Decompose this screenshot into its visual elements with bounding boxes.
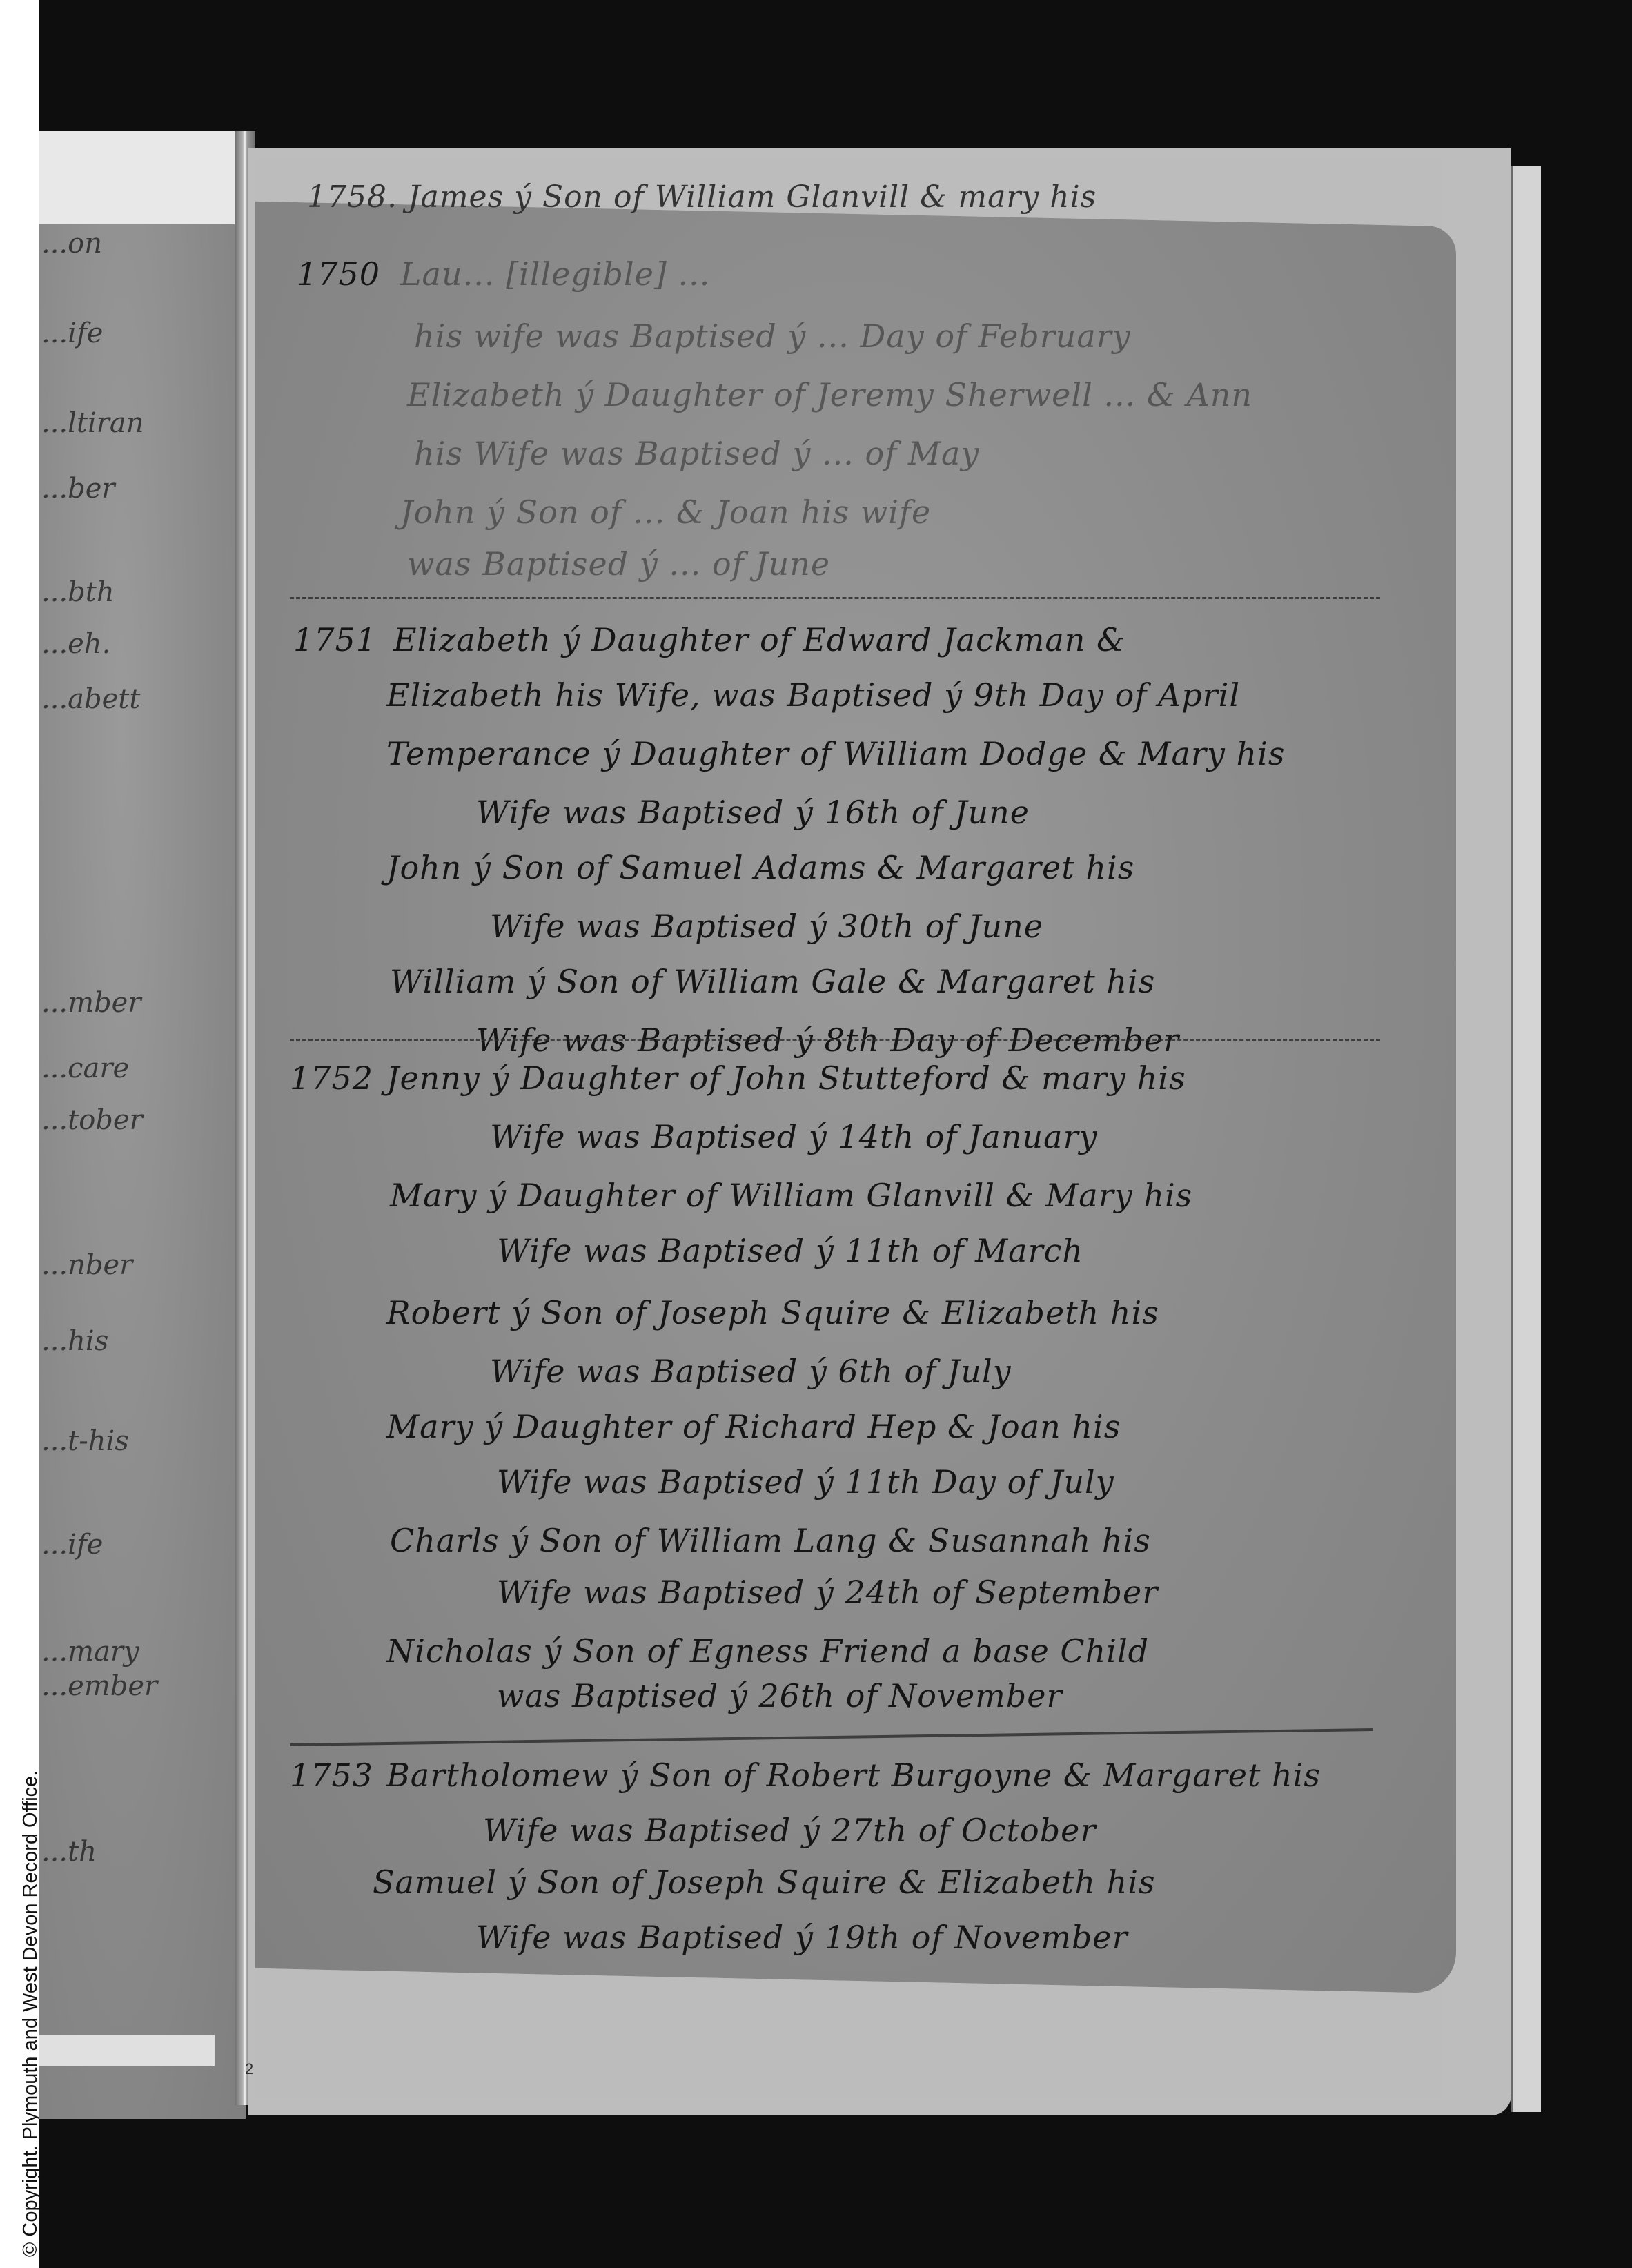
left-fragment: ...nber [41,1249,132,1281]
left-fragment: ...th [41,1836,97,1868]
entry-line: his wife was Baptised ý ... Day of Febru… [414,317,1131,355]
entry-line: Wife was Baptised ý 14th of January [490,1118,1098,1155]
left-fragment: ...ife [41,317,103,349]
entry-line: Wife was Baptised ý 11th of March [497,1232,1083,1269]
left-fragment: ...care [41,1053,129,1084]
entry-line: was Baptised ý 26th of November [497,1677,1062,1714]
entry-line: Jenny ý Daughter of John Stutteford & ma… [386,1059,1186,1097]
entry-line: Samuel ý Son of Joseph Squire & Elizabet… [373,1864,1156,1901]
left-fragment: ...mber [41,987,141,1019]
year-label: 1750 [297,255,380,293]
entry-line: Temperance ý Daughter of William Dodge &… [386,735,1285,772]
entry-line: Charls ý Son of William Lang & Susannah … [390,1522,1151,1559]
entry-line: Robert ý Son of Joseph Squire & Elizabet… [386,1294,1159,1331]
left-fragment: ...abett [41,683,140,715]
folio-number: 2 [245,2060,253,2078]
left-fragment: ...mary [41,1636,139,1668]
left-page-bottom-edge [39,2035,215,2066]
entry-line: John ý Son of ... & Joan his wife [400,493,931,531]
entry-line: William ý Son of William Gale & Margaret… [390,963,1155,1000]
year-label: 1752 [290,1059,373,1097]
entry-line: Elizabeth his Wife, was Baptised ý 9th D… [386,676,1240,714]
left-fragment: ...his [41,1325,108,1357]
left-fragment: ...ife [41,1529,103,1561]
left-page-paper-tab [39,131,249,224]
entry-line: Lau... [illegible] ... [400,255,710,293]
left-page-text-fragments: ...on ...ife ...ltiran ...ber ...bth ...… [41,228,235,1953]
entry-line: Wife was Baptised ý 16th of June [476,794,1030,831]
entry-line: Elizabeth ý Daughter of Edward Jackman & [393,621,1125,658]
entry-line: Wife was Baptised ý 11th Day of July [497,1463,1114,1500]
entry-line: Bartholomew ý Son of Robert Burgoyne & M… [386,1757,1321,1794]
left-fragment: ...bth [41,576,115,608]
left-fragment: ...t-his [41,1425,129,1457]
entry-line: Wife was Baptised ý 6th of July [490,1353,1012,1390]
entry-line: was Baptised ý ... of June [407,545,830,583]
left-fragment: ...tober [41,1104,143,1136]
left-fragment: ...eh. [41,628,110,660]
year-label: 1753 [290,1757,373,1794]
left-fragment: ...ltiran [41,407,144,439]
entry-line: his Wife was Baptised ý ... of May [414,435,979,472]
section-divider [290,597,1380,599]
entry-line: Wife was Baptised ý 24th of September [497,1574,1158,1611]
year-label: 1751 [293,621,377,658]
entry-line: John ý Son of Samuel Adams & Margaret hi… [386,849,1134,886]
entry-line: Elizabeth ý Daughter of Jeremy Sherwell … [407,376,1252,413]
left-fragment: ...ber [41,473,115,505]
entry-line: Wife was Baptised ý 27th of October [483,1812,1096,1849]
entry-line: Mary ý Daughter of William Glanvill & Ma… [390,1177,1192,1214]
entry-line: Wife was Baptised ý 30th of June [490,908,1043,945]
entry-line: Nicholas ý Son of Egness Friend a base C… [386,1632,1149,1670]
page-stack-edge [1511,166,1541,2112]
left-fragment: ...on [41,228,102,260]
entry-line: Wife was Baptised ý 19th of November [476,1919,1128,1956]
entry-line: Mary ý Daughter of Richard Hep & Joan hi… [386,1408,1121,1445]
header-entry: 1758. James ý Son of William Glanvill & … [307,179,1097,215]
section-divider [290,1039,1380,1041]
left-fragment: ...ember [41,1670,157,1702]
